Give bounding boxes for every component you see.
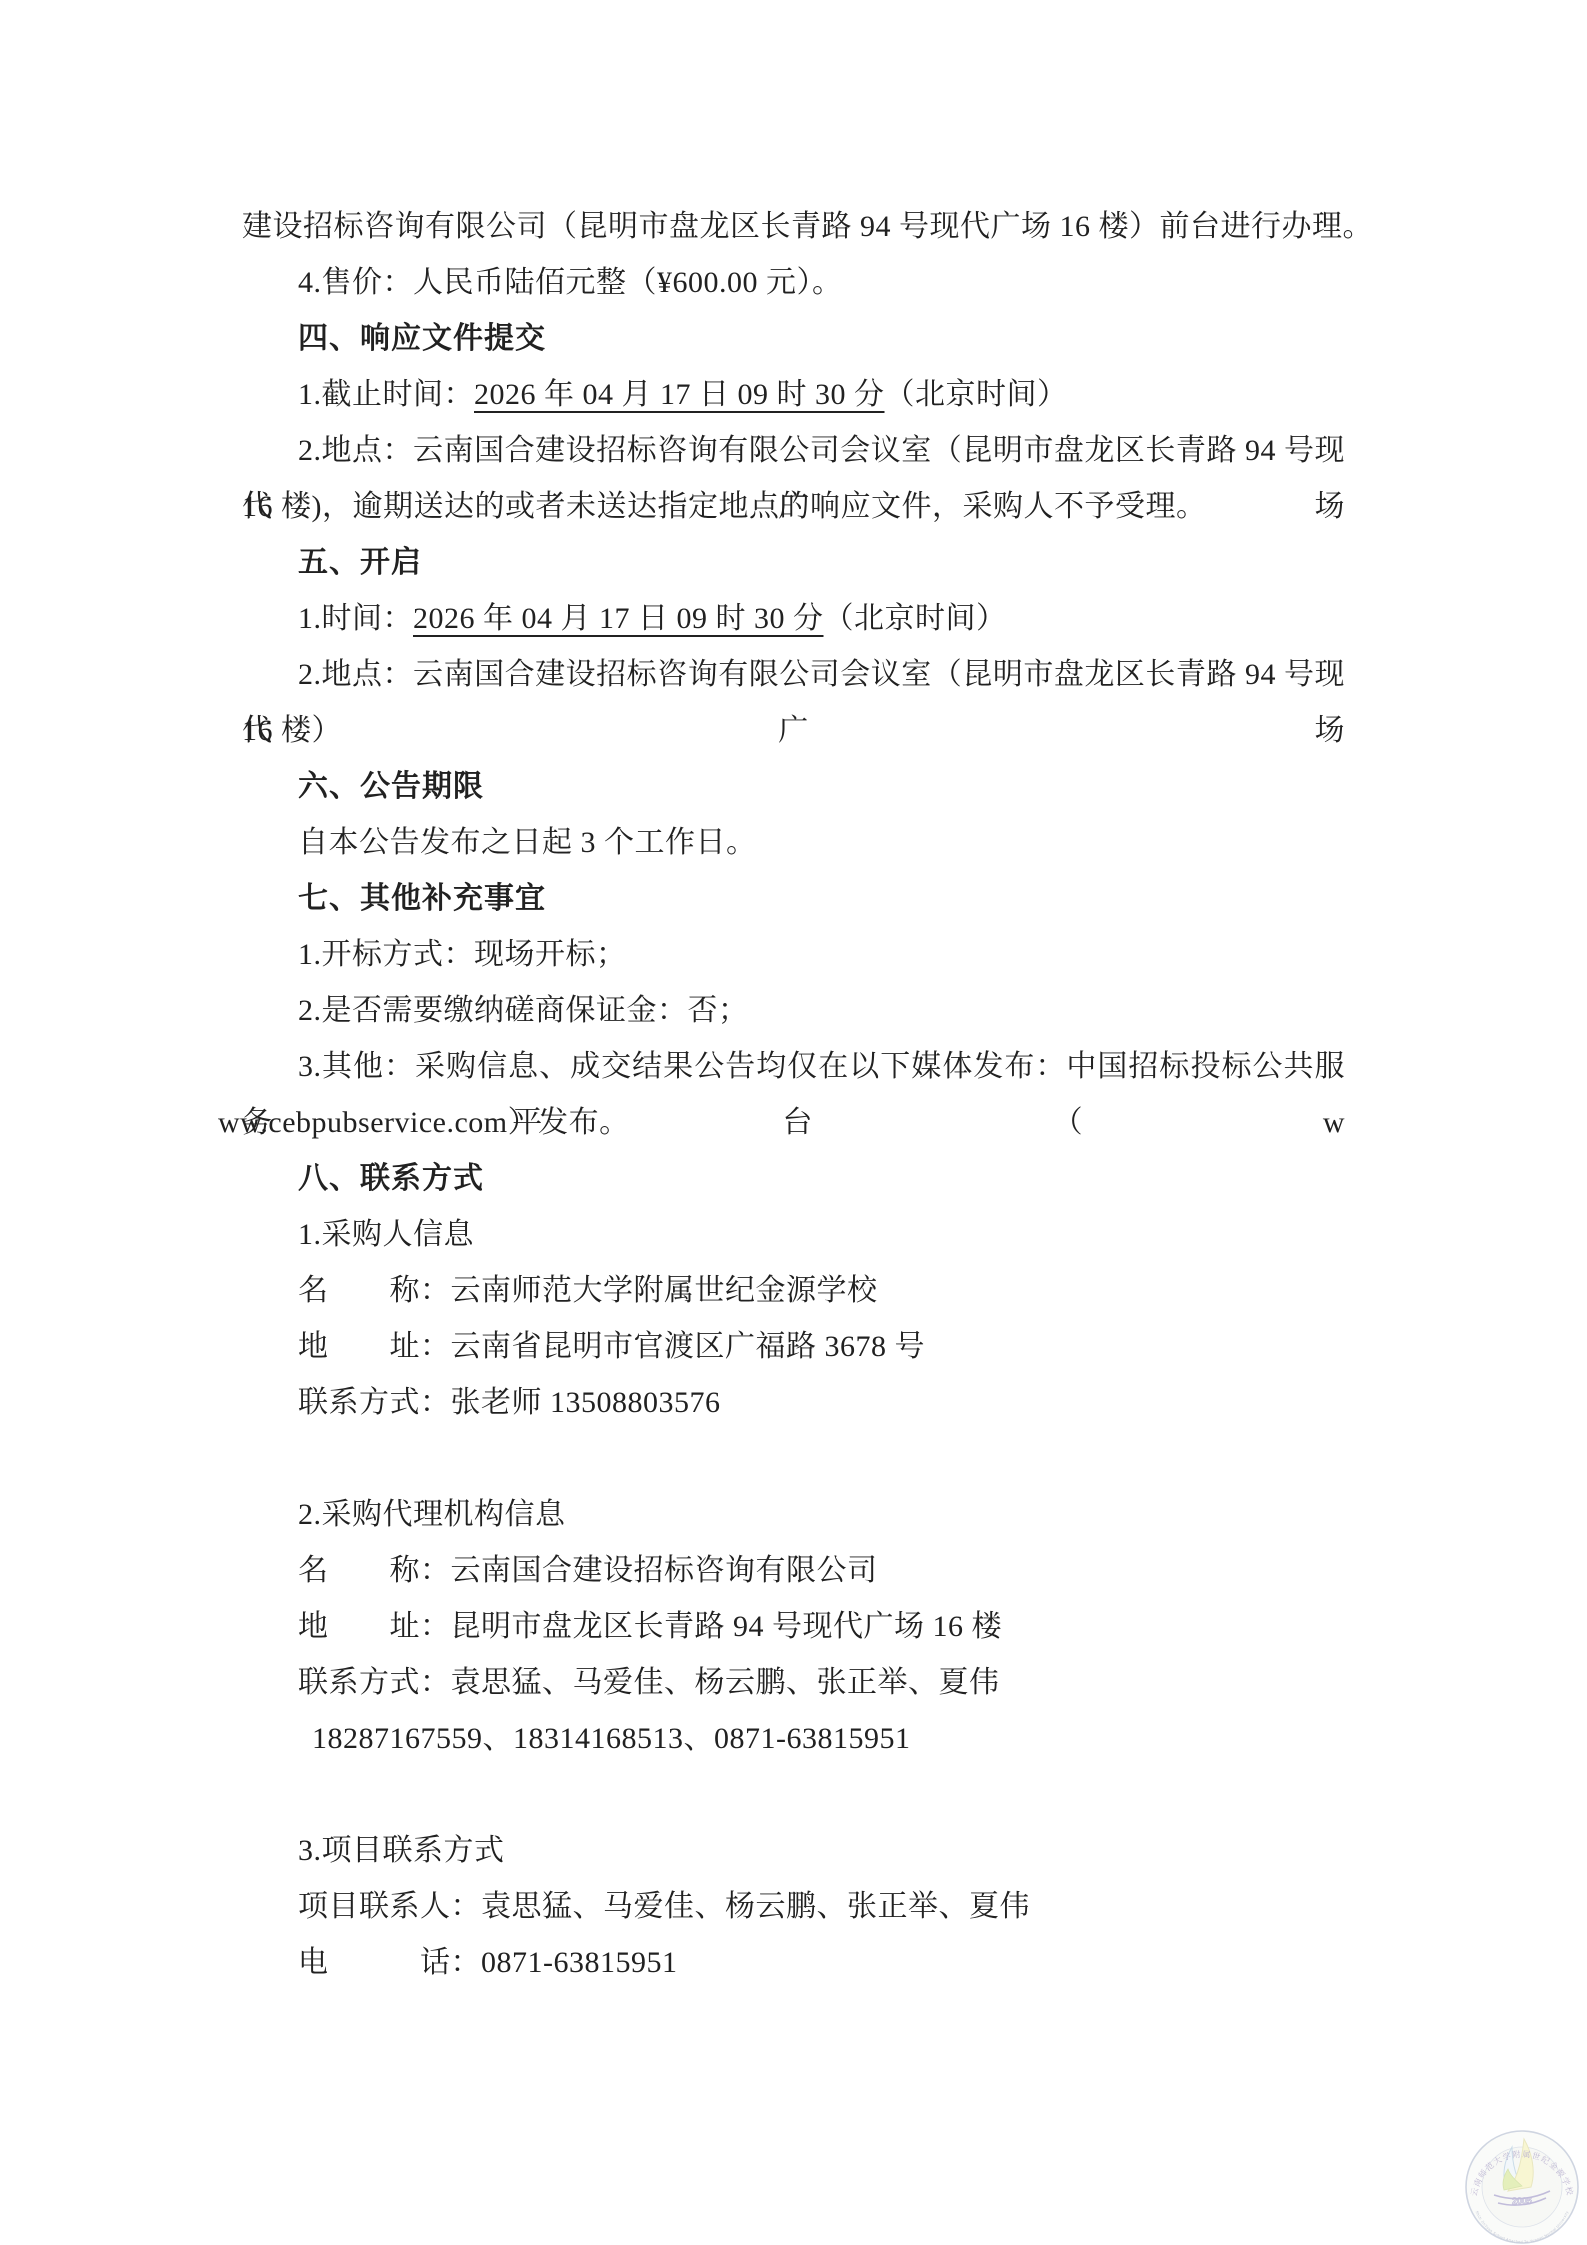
text-segment: （北京时间） [824,602,1007,635]
text-line: 2.地点：云南国合建设招标咨询有限公司会议室（昆明市盘龙区长青路 94 号现代广… [242,423,1345,479]
text-line: 联系方式：张老师 13508803576 [242,1375,1345,1431]
text-line: 联系方式：袁思猛、马爱佳、杨云鹏、张正举、夏伟 [242,1655,1345,1711]
text-line: 地 址：昆明市盘龙区长青路 94 号现代广场 16 楼 [242,1599,1345,1655]
text-segment: 1.时间： [298,602,413,635]
blank-line [242,1767,1345,1823]
text-line: 3.其他：采购信息、成交结果公告均仅在以下媒体发布：中国招标投标公共服务平台（w [242,1039,1345,1095]
document-page: 建设招标咨询有限公司（昆明市盘龙区长青路 94 号现代广场 16 楼）前台进行办… [0,0,1587,2245]
section-heading: 六、公告期限 [242,759,1345,815]
text-line: 1.截止时间：2026 年 04 月 17 日 09 时 30 分（北京时间） [242,367,1345,423]
document-body: 建设招标咨询有限公司（昆明市盘龙区长青路 94 号现代广场 16 楼）前台进行办… [242,199,1345,1991]
text-line: 16 楼)，逾期送达的或者未送达指定地点的响应文件，采购人不予受理。 [242,479,1345,535]
section-heading: 四、响应文件提交 [242,311,1345,367]
underlined-date: 2026 年 04 月 17 日 09 时 30 分 [474,378,885,411]
text-line: 项目联系人：袁思猛、马爱佳、杨云鹏、张正举、夏伟 [242,1879,1345,1935]
section-heading: 七、其他补充事宜 [242,871,1345,927]
school-seal-watermark: 2005 云南师范大学附属世纪金源学校 ShiJi JinYuan School… [1460,2125,1584,2245]
text-line: 2.是否需要缴纳磋商保证金：否； [242,983,1345,1039]
text-line: 18287167559、18314168513、0871-63815951 [242,1711,1345,1767]
text-segment: （北京时间） [885,378,1068,411]
section-heading: 八、联系方式 [242,1151,1345,1207]
text-line: 2.地点：云南国合建设招标咨询有限公司会议室（昆明市盘龙区长青路 94 号现代广… [242,647,1345,703]
text-line: 3.项目联系方式 [242,1823,1345,1879]
text-line: 名 称：云南师范大学附属世纪金源学校 [242,1263,1345,1319]
text-line: 1.开标方式：现场开标； [242,927,1345,983]
text-line: 建设招标咨询有限公司（昆明市盘龙区长青路 94 号现代广场 16 楼）前台进行办… [242,199,1345,255]
text-line: 2.采购代理机构信息 [242,1487,1345,1543]
text-line: 4.售价：人民币陆佰元整（¥600.00 元）。 [242,255,1345,311]
text-line: 1.采购人信息 [242,1207,1345,1263]
text-line: 电 话：0871-63815951 [242,1935,1345,1991]
underlined-date: 2026 年 04 月 17 日 09 时 30 分 [413,602,824,635]
text-segment: 1.截止时间： [298,378,474,411]
blank-line [242,1431,1345,1487]
text-line: 名 称：云南国合建设招标咨询有限公司 [242,1543,1345,1599]
text-line: 1.时间：2026 年 04 月 17 日 09 时 30 分（北京时间） [242,591,1345,647]
text-line: 自本公告发布之日起 3 个工作日。 [242,815,1345,871]
seal-year: 2005 [1512,2196,1532,2206]
section-heading: 五、开启 [242,535,1345,591]
text-line: 地 址：云南省昆明市官渡区广福路 3678 号 [242,1319,1345,1375]
